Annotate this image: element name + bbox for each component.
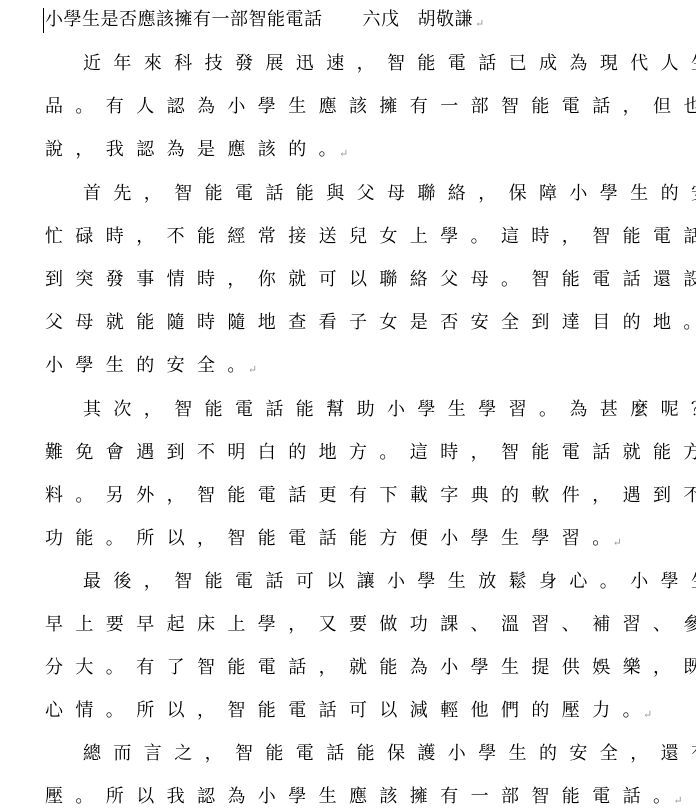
line-text: 料。另外，智能電話更有下載字典的軟件，遇到不明白詞語，就能使用此	[45, 485, 696, 506]
paragraph-mark-icon: ↵	[613, 536, 622, 549]
text-line[interactable]: 忙碌時，不能經常接送兒女上學。這時，智能電話十分重要。因為當你遇	[45, 225, 657, 249]
line-text: 首先，智能電話能與父母聯絡，保障小學生的安全。有時當父母工作	[83, 183, 696, 204]
line-text: 忙碌時，不能經常接送兒女上學。這時，智能電話十分重要。因為當你遇	[45, 226, 696, 247]
paragraph-mark-icon: ↵	[673, 794, 682, 807]
line-text: 近年來科技發展迅速，智能電話已成為現代人生活不可缺少的必需	[83, 53, 696, 74]
line-text: 父母就能隨時隨地查看子女是否安全到達目的地。所以，智能電話可保障	[45, 312, 696, 333]
text-line[interactable]: 小學生的安全。↵	[45, 354, 657, 382]
line-text: 心情。所以，智能電話可以減輕他們的壓力。	[45, 700, 653, 721]
text-line[interactable]: 料。另外，智能電話更有下載字典的軟件，遇到不明白詞語，就能使用此	[45, 484, 657, 508]
line-text: 品。有人認為小學生應該擁有一部智能電話，但也有人反對。而對我來	[45, 96, 696, 117]
paragraph-mark-icon: ↵	[248, 363, 257, 376]
paragraph-mark-icon: ↵	[475, 17, 484, 30]
text-line[interactable]: 父母就能隨時隨地查看子女是否安全到達目的地。所以，智能電話可保障	[45, 311, 657, 335]
text-line[interactable]: 總而言之，智能電話能保護小學生的安全，還有助學習，更能放鬆舒	[83, 742, 657, 766]
essay-title: 小學生是否應該擁有一部智能電話	[45, 9, 323, 30]
essay-title-line[interactable]: 小學生是否應該擁有一部智能電話六戊胡敬謙↵	[45, 8, 484, 36]
paragraph-mark-icon: ↵	[643, 708, 652, 721]
line-text: 小學生的安全。	[45, 355, 258, 376]
paragraph-mark-icon: ↵	[339, 147, 348, 160]
text-line[interactable]: 早上要早起床上學，又要做功課、溫習、補習、參加課外活動……壓力十	[45, 613, 657, 637]
line-text: 壓。所以我認為小學生應該擁有一部智能電話。	[45, 786, 683, 807]
text-line[interactable]: 首先，智能電話能與父母聯絡，保障小學生的安全。有時當父母工作	[83, 182, 657, 206]
line-text: 其次，智能電話能幫助小學生學習。為甚麼呢？因為小學生做功課時	[83, 399, 696, 420]
text-line[interactable]: 品。有人認為小學生應該擁有一部智能電話，但也有人反對。而對我來	[45, 95, 657, 119]
text-line[interactable]: 最後，智能電話可以讓小學生放鬆身心。小學生要天↵	[83, 570, 657, 598]
text-line[interactable]: 近年來科技發展迅速，智能電話已成為現代人生活不可缺少的必需	[83, 52, 657, 76]
line-text: 到突發事情時，你就可以聯絡父母。智能電話還設有全球定位系統功能，	[45, 269, 696, 290]
text-line[interactable]: 難免會遇到不明白的地方。這時，智能電話就能方便小學生自學和搜集資	[45, 441, 657, 465]
text-line[interactable]: 壓。所以我認為小學生應該擁有一部智能電話。↵	[45, 785, 657, 809]
line-text: 難免會遇到不明白的地方。這時，智能電話就能方便小學生自學和搜集資	[45, 442, 696, 463]
line-text: 總而言之，智能電話能保護小學生的安全，還有助學習，更能放鬆舒	[83, 743, 696, 764]
class-label: 六戊	[363, 9, 400, 30]
line-text: 說，我認為是應該的。	[45, 139, 349, 160]
text-line[interactable]: 功能。所以，智能電話能方便小學生學習。↵	[45, 527, 657, 555]
text-line[interactable]: 分大。有了智能電話，就能為小學生提供娛樂，既能播放音樂，又能放鬆	[45, 656, 657, 680]
author-name: 胡敬謙	[418, 9, 474, 30]
text-cursor	[43, 8, 44, 33]
text-line[interactable]: 心情。所以，智能電話可以減輕他們的壓力。↵	[45, 699, 657, 727]
line-text: 分大。有了智能電話，就能為小學生提供娛樂，既能播放音樂，又能放鬆	[45, 657, 696, 678]
text-line[interactable]: 其次，智能電話能幫助小學生學習。為甚麼呢？因為小學生做功課時	[83, 398, 657, 422]
text-line[interactable]: 說，我認為是應該的。↵	[45, 138, 657, 166]
text-line[interactable]: 到突發事情時，你就可以聯絡父母。智能電話還設有全球定位系統功能，	[45, 268, 657, 292]
line-text: 功能。所以，智能電話能方便小學生學習。	[45, 528, 623, 549]
line-text: 早上要早起床上學，又要做功課、溫習、補習、參加課外活動……壓力十	[45, 614, 696, 635]
line-text: 最後，智能電話可以讓小學生放鬆身心。小學生要天	[83, 571, 696, 592]
